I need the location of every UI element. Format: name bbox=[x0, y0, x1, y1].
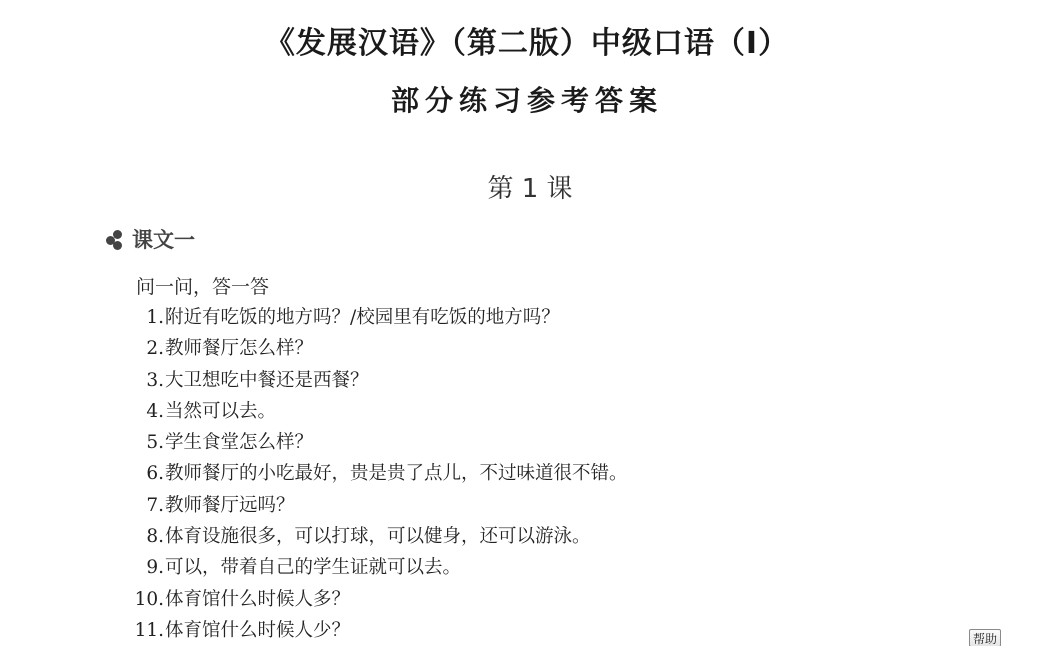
document-subtitle: 部分练习参考答案 bbox=[0, 80, 1054, 122]
answer-item: 10.体育馆什么时候人多？ bbox=[130, 584, 628, 615]
answer-number: 6. bbox=[130, 458, 165, 489]
answer-item: 9.可以，带着自己的学生证就可以去。 bbox=[130, 552, 628, 583]
answer-number: 10. bbox=[130, 584, 165, 615]
answer-item: 4.当然可以去。 bbox=[130, 396, 628, 427]
answer-number: 9. bbox=[130, 552, 165, 583]
section-heading: 课文一 bbox=[104, 224, 195, 254]
document-title: 《发展汉语》（第二版）中级口语（Ⅰ） bbox=[0, 22, 1054, 66]
answer-text: 教师餐厅远吗？ bbox=[165, 490, 295, 521]
answer-item: 8.体育设施很多，可以打球，可以健身，还可以游泳。 bbox=[130, 521, 628, 552]
answer-number: 1. bbox=[130, 302, 165, 333]
answer-number: 3. bbox=[130, 365, 165, 396]
answer-number: 4. bbox=[130, 396, 165, 427]
answer-text: 体育馆什么时候人少？ bbox=[165, 615, 350, 646]
answer-item: 11.体育馆什么时候人少？ bbox=[130, 615, 628, 646]
answer-text: 教师餐厅的小吃最好，贵是贵了点儿，不过味道很不错。 bbox=[165, 458, 628, 489]
section-heading-label: 课文一 bbox=[132, 224, 195, 254]
exercise-subheading: 问一问，答一答 bbox=[136, 272, 269, 299]
lesson-title: 第 1 课 bbox=[0, 170, 1054, 208]
answer-text: 大卫想吃中餐还是西餐？ bbox=[165, 365, 369, 396]
answer-item: 2.教师餐厅怎么样？ bbox=[130, 333, 628, 364]
answer-text: 学生食堂怎么样？ bbox=[165, 427, 313, 458]
answer-number: 2. bbox=[130, 333, 165, 364]
answer-text: 当然可以去。 bbox=[165, 396, 276, 427]
answer-text: 体育设施很多，可以打球，可以健身，还可以游泳。 bbox=[165, 521, 591, 552]
answer-text: 教师餐厅怎么样？ bbox=[165, 333, 313, 364]
answer-number: 11. bbox=[130, 615, 165, 646]
answer-text: 可以，带着自己的学生证就可以去。 bbox=[165, 552, 461, 583]
answer-number: 5. bbox=[130, 427, 165, 458]
help-button[interactable]: 帮助 bbox=[969, 629, 1001, 646]
answer-number: 7. bbox=[130, 490, 165, 521]
answer-item: 7.教师餐厅远吗？ bbox=[130, 490, 628, 521]
answer-item: 5.学生食堂怎么样？ bbox=[130, 427, 628, 458]
answer-item: 3.大卫想吃中餐还是西餐？ bbox=[130, 365, 628, 396]
answer-number: 8. bbox=[130, 521, 165, 552]
three-dots-cluster-icon bbox=[104, 228, 124, 250]
answer-list: 1.附近有吃饭的地方吗？/校园里有吃饭的地方吗？ 2.教师餐厅怎么样？ 3.大卫… bbox=[130, 302, 628, 646]
answer-item: 6.教师餐厅的小吃最好，贵是贵了点儿，不过味道很不错。 bbox=[130, 458, 628, 489]
answer-item: 1.附近有吃饭的地方吗？/校园里有吃饭的地方吗？ bbox=[130, 302, 628, 333]
answer-text: 体育馆什么时候人多？ bbox=[165, 584, 350, 615]
answer-text: 附近有吃饭的地方吗？/校园里有吃饭的地方吗？ bbox=[165, 302, 560, 333]
